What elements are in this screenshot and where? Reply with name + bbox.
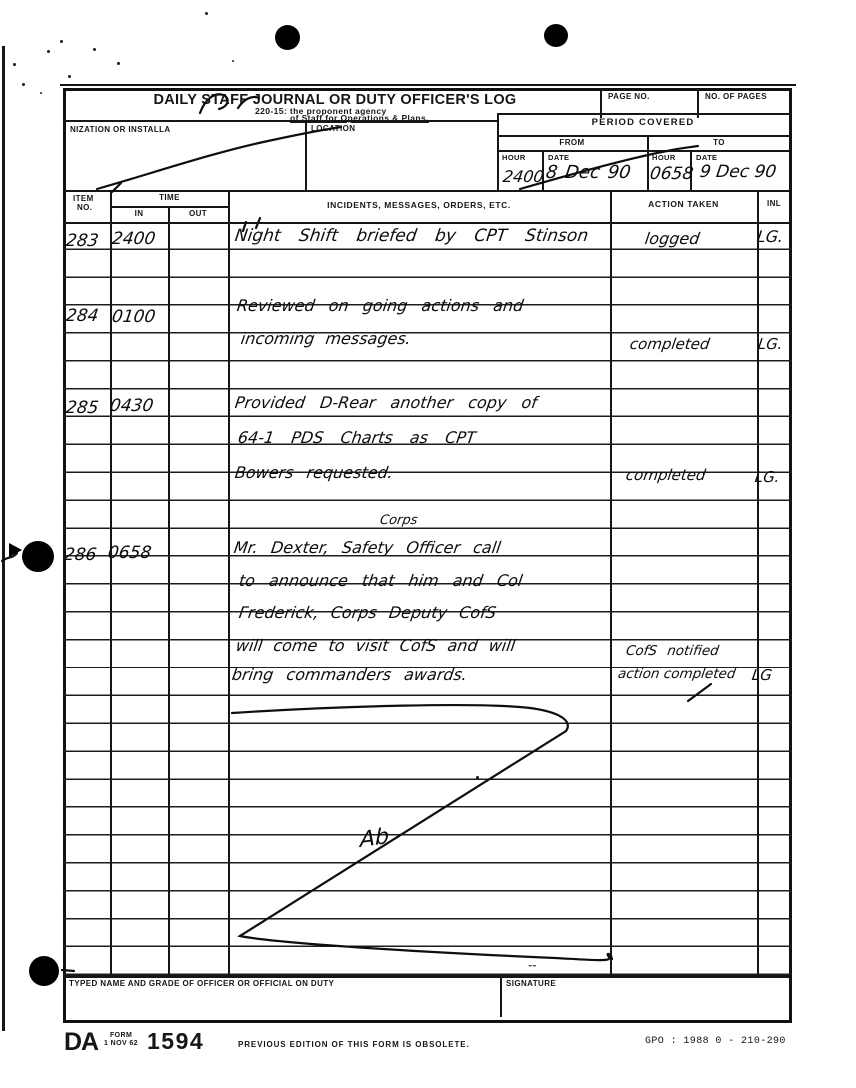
entry-initials: LG. xyxy=(757,335,784,353)
closeout-dash: -- xyxy=(527,958,538,972)
entry-item-no: 286 xyxy=(63,545,98,565)
entry-action: CofS notified xyxy=(625,643,720,659)
entry-initials: LG. xyxy=(754,468,781,486)
entry-text: Mr. Dexter, Safety Officer call xyxy=(233,538,502,557)
entry-time-in: 0658 xyxy=(107,543,153,563)
entry-action: logged xyxy=(644,229,701,248)
entry-text: 64-1 PDS Charts as CPT xyxy=(237,428,477,447)
entry-time-in: 2400 xyxy=(111,229,157,249)
closeout-initials: Ab xyxy=(360,824,389,853)
entry-text: will come to visit CofS and will xyxy=(235,636,517,655)
to-date-value: 9 Dec 90 xyxy=(699,162,778,182)
entry-time-in: 0100 xyxy=(111,307,157,327)
entry-text: Frederick, Corps Deputy CofS xyxy=(238,603,498,622)
entry-initials: LG. xyxy=(756,227,785,246)
entry-initials: LG xyxy=(751,666,774,684)
entry-text: Bowers requested. xyxy=(234,463,395,482)
entry-time-in: 0430 xyxy=(109,396,155,416)
entry-item-no: 285 xyxy=(65,398,100,418)
entry-text: to announce that him and Col xyxy=(238,571,524,590)
entry-item-no: 283 xyxy=(65,231,100,251)
entry-text: Reviewed on going actions and xyxy=(236,296,525,315)
entry-text: Provided D-Rear another copy of xyxy=(234,393,539,412)
from-date-value: 8 Dec 90 xyxy=(545,162,633,183)
entry-action: completed xyxy=(625,466,707,484)
handwriting-layer: 283 2400 Night Shift briefed by CPT Stin… xyxy=(0,0,856,1088)
to-hour-value: 0658 xyxy=(649,164,695,184)
entry-item-no: 284 xyxy=(65,306,100,326)
from-hour-value: 2400 xyxy=(502,167,545,186)
entry-text: incoming messages. xyxy=(240,329,413,348)
entry-insert-above: Corps xyxy=(379,513,419,528)
entry-action: action completed xyxy=(617,666,737,682)
scanned-document-page: DAILY STAFF JOURNAL OR DUTY OFFICER'S LO… xyxy=(0,0,856,1088)
entry-action: completed xyxy=(629,335,711,353)
entry-text: Night Shift briefed by CPT Stinson xyxy=(234,226,590,246)
entry-text: bring commanders awards. xyxy=(231,665,469,684)
